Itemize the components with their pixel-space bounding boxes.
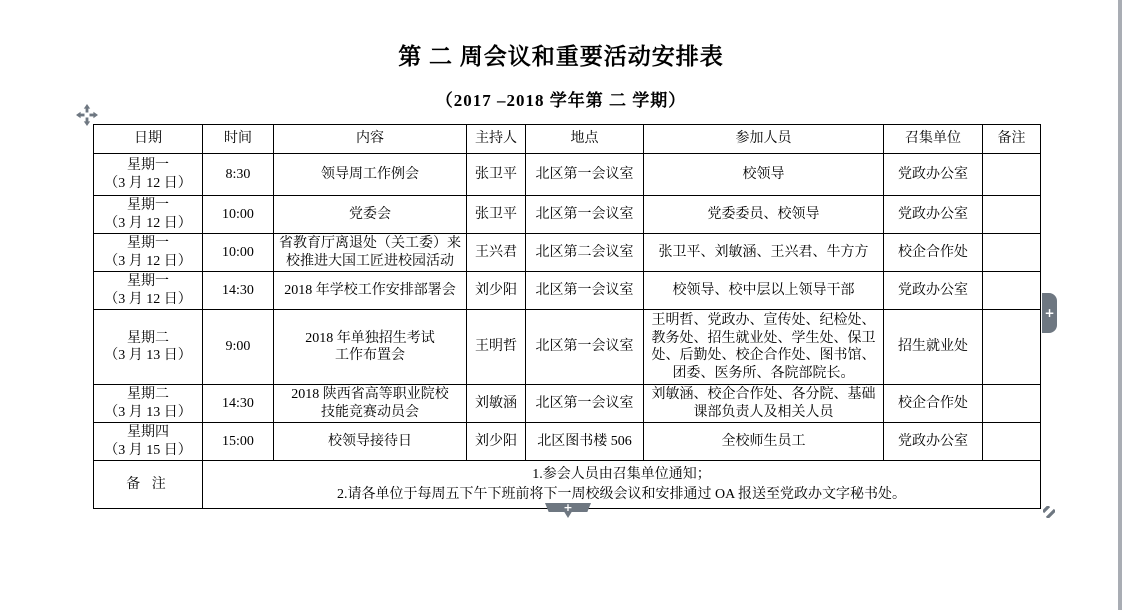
table-resize-handle-icon[interactable]: [1043, 505, 1055, 517]
schedule-table: 日期 时间 内容 主持人 地点 参加人员 召集单位 备注 星期一 （3 月 12…: [93, 124, 1041, 509]
remark-cell[interactable]: [983, 154, 1041, 196]
column-header-time[interactable]: 时间: [203, 125, 274, 154]
location-cell[interactable]: 北区第一会议室: [526, 196, 644, 234]
participants-cell[interactable]: 校领导: [644, 154, 884, 196]
organizer-cell[interactable]: 校企合作处: [884, 234, 983, 272]
notes-text-cell[interactable]: 1.参会人员由召集单位通知； 2.请各单位于每周五下午下班前将下一周校级会议和安…: [203, 461, 1041, 509]
notes-label-cell[interactable]: 备 注: [94, 461, 203, 509]
date-cell[interactable]: 星期一 （3 月 12 日）: [94, 234, 203, 272]
column-header-participants[interactable]: 参加人员: [644, 125, 884, 154]
page-title[interactable]: 第 二 周会议和重要活动安排表: [0, 38, 1122, 71]
time-cell[interactable]: 15:00: [203, 423, 274, 461]
remark-cell[interactable]: [983, 234, 1041, 272]
host-cell[interactable]: 张卫平: [467, 196, 526, 234]
date-cell[interactable]: 星期二 （3 月 13 日）: [94, 385, 203, 423]
content-cell[interactable]: 2018 年学校工作安排部署会: [274, 272, 467, 310]
column-header-host[interactable]: 主持人: [467, 125, 526, 154]
date-cell[interactable]: 星期二 （3 月 13 日）: [94, 310, 203, 385]
participants-cell[interactable]: 王明哲、党政办、宣传处、纪检处、教务处、招生就业处、学生处、保卫处、后勤处、校企…: [644, 310, 884, 385]
organizer-cell[interactable]: 党政办公室: [884, 272, 983, 310]
host-cell[interactable]: 刘少阳: [467, 272, 526, 310]
remark-cell[interactable]: [983, 272, 1041, 310]
table-row: 星期一 （3 月 12 日） 8:30 领导周工作例会 张卫平 北区第一会议室 …: [94, 154, 1041, 196]
header-row: 日期 时间 内容 主持人 地点 参加人员 召集单位 备注: [94, 125, 1041, 154]
time-cell[interactable]: 10:00: [203, 234, 274, 272]
organizer-cell[interactable]: 党政办公室: [884, 423, 983, 461]
participants-cell[interactable]: 校领导、校中层以上领导干部: [644, 272, 884, 310]
host-cell[interactable]: 刘敏涵: [467, 385, 526, 423]
organizer-cell[interactable]: 党政办公室: [884, 196, 983, 234]
column-header-organizer[interactable]: 召集单位: [884, 125, 983, 154]
remark-cell[interactable]: [983, 310, 1041, 385]
content-cell[interactable]: 2018 陕西省高等职业院校 技能竞赛动员会: [274, 385, 467, 423]
table-row: 星期一 （3 月 12 日） 14:30 2018 年学校工作安排部署会 刘少阳…: [94, 272, 1041, 310]
plus-icon: +: [1044, 306, 1054, 320]
add-row-button[interactable]: +: [545, 503, 591, 518]
organizer-cell[interactable]: 招生就业处: [884, 310, 983, 385]
location-cell[interactable]: 北区第一会议室: [526, 154, 644, 196]
date-cell[interactable]: 星期一 （3 月 12 日）: [94, 272, 203, 310]
time-cell[interactable]: 14:30: [203, 385, 274, 423]
remark-cell[interactable]: [983, 385, 1041, 423]
organizer-cell[interactable]: 校企合作处: [884, 385, 983, 423]
participants-cell[interactable]: 张卫平、刘敏涵、王兴君、牛方方: [644, 234, 884, 272]
participants-cell[interactable]: 刘敏涵、校企合作处、各分院、基础课部负责人及相关人员: [644, 385, 884, 423]
table-row: 星期一 （3 月 12 日） 10:00 党委会 张卫平 北区第一会议室 党委委…: [94, 196, 1041, 234]
content-cell[interactable]: 2018 年单独招生考试 工作布置会: [274, 310, 467, 385]
add-column-button[interactable]: +: [1042, 293, 1057, 333]
column-header-content[interactable]: 内容: [274, 125, 467, 154]
remark-cell[interactable]: [983, 196, 1041, 234]
host-cell[interactable]: 刘少阳: [467, 423, 526, 461]
location-cell[interactable]: 北区第一会议室: [526, 310, 644, 385]
page-subtitle[interactable]: （2017 –2018 学年第 二 学期）: [0, 86, 1122, 111]
location-cell[interactable]: 北区第一会议室: [526, 385, 644, 423]
host-cell[interactable]: 王兴君: [467, 234, 526, 272]
host-cell[interactable]: 王明哲: [467, 310, 526, 385]
time-cell[interactable]: 10:00: [203, 196, 274, 234]
organizer-cell[interactable]: 党政办公室: [884, 154, 983, 196]
participants-cell[interactable]: 全校师生员工: [644, 423, 884, 461]
table-move-handle-icon[interactable]: [76, 104, 98, 126]
table-row: 星期四 （3 月 15 日） 15:00 校领导接待日 刘少阳 北区图书楼 50…: [94, 423, 1041, 461]
remark-cell[interactable]: [983, 423, 1041, 461]
notes-row: 备 注 1.参会人员由召集单位通知； 2.请各单位于每周五下午下班前将下一周校级…: [94, 461, 1041, 509]
content-cell[interactable]: 省教育厅离退处（关工委）来 校推进大国工匠进校园活动: [274, 234, 467, 272]
column-header-location[interactable]: 地点: [526, 125, 644, 154]
column-header-date[interactable]: 日期: [94, 125, 203, 154]
location-cell[interactable]: 北区第二会议室: [526, 234, 644, 272]
time-cell[interactable]: 14:30: [203, 272, 274, 310]
location-cell[interactable]: 北区图书楼 506: [526, 423, 644, 461]
host-cell[interactable]: 张卫平: [467, 154, 526, 196]
table-row: 星期二 （3 月 13 日） 14:30 2018 陕西省高等职业院校 技能竞赛…: [94, 385, 1041, 423]
participants-cell[interactable]: 党委委员、校领导: [644, 196, 884, 234]
content-cell[interactable]: 党委会: [274, 196, 467, 234]
time-cell[interactable]: 8:30: [203, 154, 274, 196]
date-cell[interactable]: 星期四 （3 月 15 日）: [94, 423, 203, 461]
vertical-scrollbar[interactable]: [1118, 0, 1122, 610]
plus-icon: +: [563, 503, 572, 512]
date-cell[interactable]: 星期一 （3 月 12 日）: [94, 154, 203, 196]
table-row: 星期二 （3 月 13 日） 9:00 2018 年单独招生考试 工作布置会 王…: [94, 310, 1041, 385]
time-cell[interactable]: 9:00: [203, 310, 274, 385]
column-header-remark[interactable]: 备注: [983, 125, 1041, 154]
date-cell[interactable]: 星期一 （3 月 12 日）: [94, 196, 203, 234]
content-cell[interactable]: 领导周工作例会: [274, 154, 467, 196]
table-row: 星期一 （3 月 12 日） 10:00 省教育厅离退处（关工委）来 校推进大国…: [94, 234, 1041, 272]
content-cell[interactable]: 校领导接待日: [274, 423, 467, 461]
location-cell[interactable]: 北区第一会议室: [526, 272, 644, 310]
